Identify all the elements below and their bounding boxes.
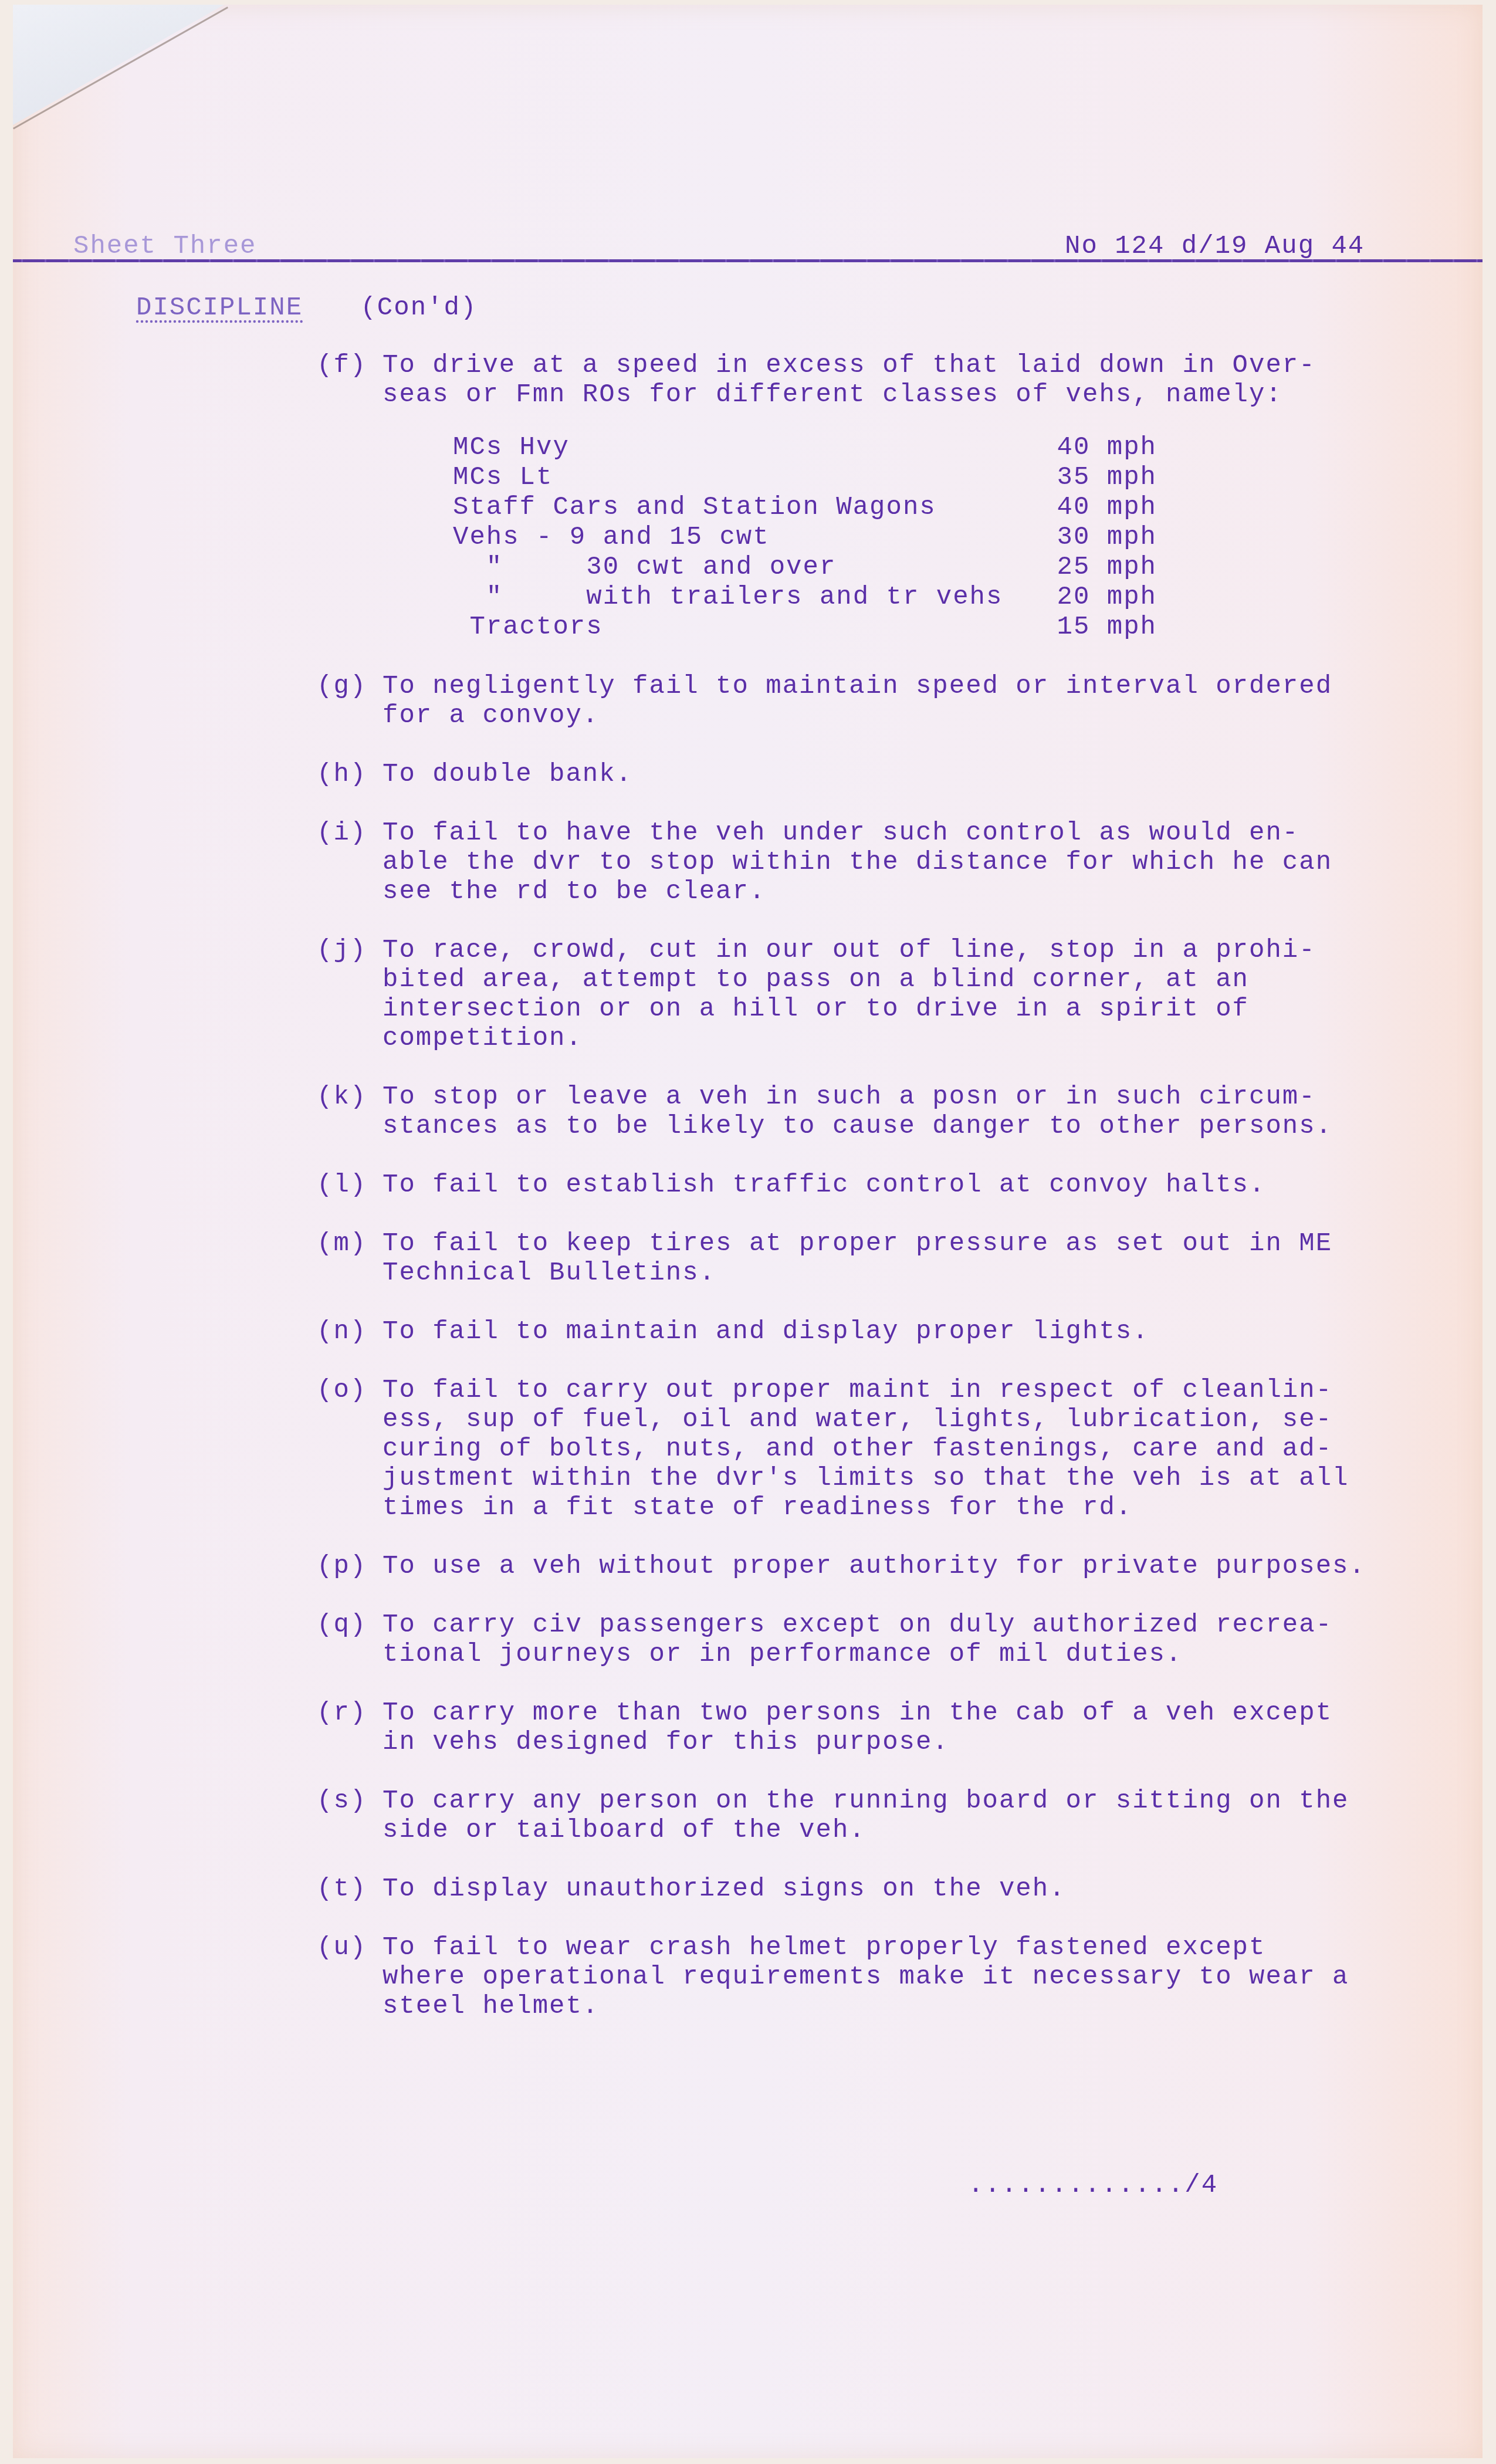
- item-label: (o): [317, 1376, 383, 1522]
- speed-row: MCs Hvy40 mph: [453, 433, 1157, 463]
- list-item: (u)To fail to wear crash helmet properly…: [317, 1933, 1431, 2021]
- item-label: (j): [317, 936, 383, 1053]
- speed-limit: 40 mph: [1057, 493, 1157, 523]
- item-label: (p): [317, 1552, 383, 1581]
- speed-row: " with trailers and tr vehs20 mph: [453, 583, 1157, 612]
- vehicle-class: Tractors: [453, 612, 603, 642]
- vehicle-class: MCs Hvy: [453, 433, 570, 463]
- section-heading: DISCIPLINE (Con'd): [136, 293, 477, 323]
- item-label: (q): [317, 1610, 383, 1669]
- list-item: (f) To drive at a speed in excess of tha…: [317, 351, 1431, 409]
- item-text: To carry civ passengers except on duly a…: [383, 1610, 1431, 1669]
- vehicle-class: Vehs - 9 and 15 cwt: [453, 523, 770, 553]
- list-item: (t)To display unauthorized signs on the …: [317, 1874, 1431, 1904]
- item-text: To fail to keep tires at proper pressure…: [383, 1229, 1431, 1288]
- sheet-label: Sheet Three: [73, 232, 256, 261]
- item-text: To carry more than two persons in the ca…: [383, 1698, 1431, 1757]
- vehicle-class: Staff Cars and Station Wagons: [453, 493, 936, 523]
- item-label: (l): [317, 1170, 383, 1200]
- item-label: (r): [317, 1698, 383, 1757]
- item-text: To race, crowd, cut in our out of line, …: [383, 936, 1431, 1053]
- item-text: To stop or leave a veh in such a posn or…: [383, 1082, 1431, 1141]
- offence-list: (f) To drive at a speed in excess of tha…: [317, 351, 1431, 2050]
- list-item: (i)To fail to have the veh under such co…: [317, 818, 1431, 906]
- item-text: To carry any person on the running board…: [383, 1786, 1431, 1845]
- header-rule: [13, 259, 1483, 262]
- speed-row: MCs Lt35 mph: [453, 463, 1157, 493]
- speed-limit: 40 mph: [1057, 433, 1157, 463]
- list-item: (h)To double bank.: [317, 760, 1431, 789]
- item-text: To drive at a speed in excess of that la…: [383, 351, 1431, 409]
- item-text: To display unauthorized signs on the veh…: [383, 1874, 1431, 1904]
- item-label: (k): [317, 1082, 383, 1141]
- vehicle-class: MCs Lt: [453, 463, 553, 493]
- list-item: (r)To carry more than two persons in the…: [317, 1698, 1431, 1757]
- item-text: To fail to establish traffic control at …: [383, 1170, 1431, 1200]
- vehicle-class: " 30 cwt and over: [453, 553, 836, 583]
- item-text: To use a veh without proper authority fo…: [383, 1552, 1431, 1581]
- item-text: To double bank.: [383, 760, 1431, 789]
- item-label: (f): [317, 351, 383, 409]
- list-item: (o)To fail to carry out proper maint in …: [317, 1376, 1431, 1522]
- list-item: (g)To negligently fail to maintain speed…: [317, 672, 1431, 730]
- item-label: (n): [317, 1317, 383, 1346]
- order-reference: No 124 d/19 Aug 44: [1065, 232, 1365, 261]
- vehicle-class: " with trailers and tr vehs: [453, 583, 1003, 612]
- speed-limit: 20 mph: [1057, 583, 1157, 612]
- item-label: (m): [317, 1229, 383, 1288]
- item-label: (t): [317, 1874, 383, 1904]
- speed-limit-table: MCs Hvy40 mph MCs Lt35 mph Staff Cars an…: [453, 433, 1157, 642]
- section-title: DISCIPLINE: [136, 293, 303, 323]
- list-item: (k)To stop or leave a veh in such a posn…: [317, 1082, 1431, 1141]
- speed-row: Vehs - 9 and 15 cwt30 mph: [453, 523, 1157, 553]
- item-label: (g): [317, 672, 383, 730]
- item-text: To fail to carry out proper maint in res…: [383, 1376, 1431, 1522]
- item-label: (u): [317, 1933, 383, 2021]
- item-text: To fail to wear crash helmet properly fa…: [383, 1933, 1431, 2021]
- list-item: (p)To use a veh without proper authority…: [317, 1552, 1431, 1581]
- list-item: (q)To carry civ passengers except on dul…: [317, 1610, 1431, 1669]
- item-label: (s): [317, 1786, 383, 1845]
- continuation-marker: ............./4: [968, 2171, 1218, 2200]
- speed-row: Tractors15 mph: [453, 612, 1157, 642]
- item-text: To fail to maintain and display proper l…: [383, 1317, 1431, 1346]
- speed-row: Staff Cars and Station Wagons40 mph: [453, 493, 1157, 523]
- speed-limit: 30 mph: [1057, 523, 1157, 553]
- item-label: (h): [317, 760, 383, 789]
- item-text: To fail to have the veh under such contr…: [383, 818, 1431, 906]
- speed-limit: 25 mph: [1057, 553, 1157, 583]
- list-item: (j)To race, crowd, cut in our out of lin…: [317, 936, 1431, 1053]
- list-item: (l)To fail to establish traffic control …: [317, 1170, 1431, 1200]
- item-label: (i): [317, 818, 383, 906]
- list-item: (n)To fail to maintain and display prope…: [317, 1317, 1431, 1346]
- item-text: To negligently fail to maintain speed or…: [383, 672, 1431, 730]
- speed-limit: 15 mph: [1057, 612, 1157, 642]
- list-item: (s)To carry any person on the running bo…: [317, 1786, 1431, 1845]
- speed-row: " 30 cwt and over25 mph: [453, 553, 1157, 583]
- section-continued: (Con'd): [360, 293, 477, 323]
- list-item: (m)To fail to keep tires at proper press…: [317, 1229, 1431, 1288]
- speed-limit: 35 mph: [1057, 463, 1157, 493]
